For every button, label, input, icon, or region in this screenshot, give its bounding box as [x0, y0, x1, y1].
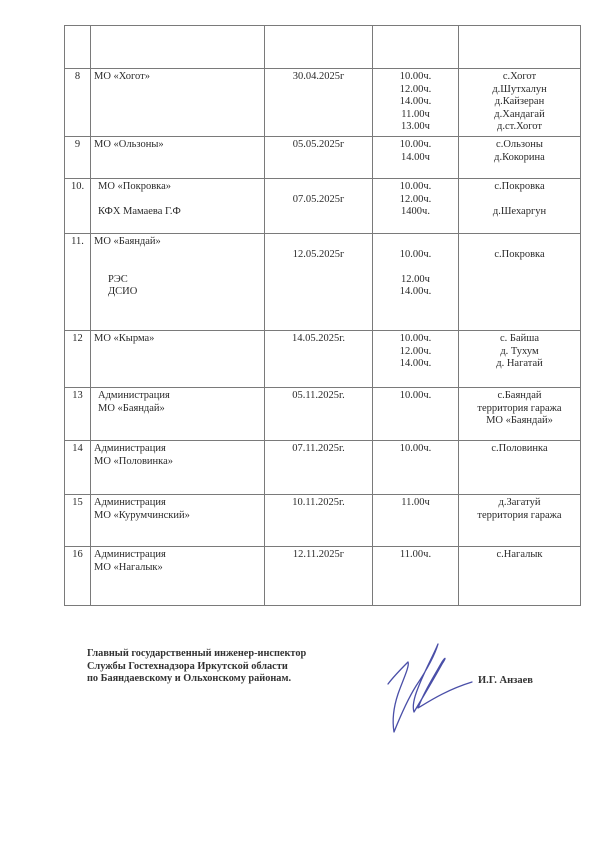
time-value: 10.00ч. — [376, 333, 455, 346]
place-value: д. Тухум — [462, 346, 577, 359]
organization-cell: МО «Баяндай» РЭС ДСИО — [91, 234, 265, 331]
position-line: Службы Гостехнадзора Иркутской области — [87, 661, 306, 674]
time-value: 10.00ч. — [376, 71, 455, 84]
time-value: 11.00ч — [376, 497, 455, 510]
row-number: 9 — [65, 137, 91, 179]
place-cell: д.Загатуй территория гаража — [459, 495, 581, 547]
time-value: 11.00ч. — [376, 549, 455, 562]
time-value: 1400ч. — [376, 206, 455, 219]
time-value: 14.00ч. — [376, 96, 455, 109]
place-value: территория гаража — [462, 403, 577, 416]
schedule-table: 8 МО «Хогот» 30.04.2025г 10.00ч. 12.00ч.… — [64, 25, 581, 606]
place-cell: с. Байша д. Тухум д. Нагатай — [459, 331, 581, 388]
organization-name: МО «Баяндай» — [94, 403, 261, 416]
time-cell: 10.00ч. 12.00ч 14.00ч. — [373, 234, 459, 331]
time-value: 12.00ч. — [376, 84, 455, 97]
place-value: территория гаража — [462, 510, 577, 523]
place-value: с.Баяндай — [462, 390, 577, 403]
row-number: 16 — [65, 547, 91, 606]
place-value: д.Хандагай — [462, 109, 577, 122]
time-value: 12.00ч. — [376, 346, 455, 359]
place-cell: с.Ользоны д.Кокорина — [459, 137, 581, 179]
time-cell: 10.00ч. 12.00ч. 1400ч. — [373, 179, 459, 234]
time-cell: 10.00ч. — [373, 441, 459, 495]
place-value: д.ст.Хогот — [462, 121, 577, 134]
time-value: 10.00ч. — [376, 249, 455, 262]
organization-name: МО «Нагалык» — [94, 562, 261, 575]
organization-name: ДСИО — [94, 286, 261, 299]
time-value: 12.00ч — [376, 274, 455, 287]
time-value: 13.00ч — [376, 121, 455, 134]
table-row: 10. МО «Покровка» КФХ Мамаева Г.Ф 07.05.… — [65, 179, 581, 234]
organization-name: МО «Кырма» — [94, 333, 261, 346]
time-value: 10.00ч. — [376, 390, 455, 403]
date-value: 07.05.2025г — [268, 194, 369, 207]
date-cell: 07.05.2025г — [265, 179, 373, 234]
place-cell: с.Половинка — [459, 441, 581, 495]
place-value: д. Нагатай — [462, 358, 577, 371]
table-row: 8 МО «Хогот» 30.04.2025г 10.00ч. 12.00ч.… — [65, 69, 581, 137]
time-value: 12.00ч. — [376, 194, 455, 207]
position-line: Главный государственный инженер-инспекто… — [87, 648, 306, 661]
date-cell: 05.11.2025г. — [265, 388, 373, 441]
header-cell-time — [373, 26, 459, 69]
table-row: 9 МО «Ользоны» 05.05.2025г 10.00ч. 14.00… — [65, 137, 581, 179]
date-cell: 30.04.2025г — [265, 69, 373, 137]
place-value: д.Шехаргун — [462, 206, 577, 219]
organization-cell: МО «Хогот» — [91, 69, 265, 137]
date-cell: 10.11.2025г. — [265, 495, 373, 547]
organization-name: РЭС — [94, 274, 261, 287]
place-value: с.Хогот — [462, 71, 577, 84]
place-value: с.Ользоны — [462, 139, 577, 152]
header-cell-place — [459, 26, 581, 69]
organization-name: МО «Покровка» — [94, 181, 261, 194]
organization-name: МО «Баяндай» — [94, 236, 261, 249]
date-value: 12.05.2025г — [268, 249, 369, 262]
row-number: 8 — [65, 69, 91, 137]
table-row: 13 Администрация МО «Баяндай» 05.11.2025… — [65, 388, 581, 441]
organization-cell: МО «Покровка» КФХ Мамаева Г.Ф — [91, 179, 265, 234]
signatory-name: И.Г. Анзаев — [478, 675, 533, 686]
place-value: с.Покровка — [462, 249, 577, 262]
date-cell: 12.11.2025г — [265, 547, 373, 606]
time-cell: 10.00ч. 14.00ч — [373, 137, 459, 179]
organization-name: Администрация — [94, 549, 261, 562]
row-number: 10. — [65, 179, 91, 234]
place-value: с.Половинка — [462, 443, 577, 456]
position-line: по Баяндаевскому и Ольхонскому районам. — [87, 673, 306, 686]
date-cell: 07.11.2025г. — [265, 441, 373, 495]
time-value: 11.00ч — [376, 109, 455, 122]
organization-cell: Администрация МО «Половинка» — [91, 441, 265, 495]
organization-cell: Администрация МО «Нагалык» — [91, 547, 265, 606]
organization-name: Администрация — [94, 497, 261, 510]
handwritten-signature-icon — [380, 632, 480, 737]
date-cell: 14.05.2025г. — [265, 331, 373, 388]
table-row: 11. МО «Баяндай» РЭС ДСИО 12.05.2025г 10… — [65, 234, 581, 331]
table-header-continuation-row — [65, 26, 581, 69]
organization-name: МО «Хогот» — [94, 71, 261, 84]
time-value: 10.00ч. — [376, 139, 455, 152]
time-value: 14.00ч. — [376, 286, 455, 299]
row-number: 14 — [65, 441, 91, 495]
place-cell: с.Хогот д.Шутхалун д.Кайзеран д.Хандагай… — [459, 69, 581, 137]
header-cell-date — [265, 26, 373, 69]
organization-cell: Администрация МО «Курумчинский» — [91, 495, 265, 547]
time-cell: 10.00ч. — [373, 388, 459, 441]
date-cell: 12.05.2025г — [265, 234, 373, 331]
place-value: с.Нагалык — [462, 549, 577, 562]
organization-cell: МО «Ользоны» — [91, 137, 265, 179]
row-number: 12 — [65, 331, 91, 388]
organization-cell: Администрация МО «Баяндай» — [91, 388, 265, 441]
organization-name: МО «Курумчинский» — [94, 510, 261, 523]
organization-name: Администрация — [94, 390, 261, 403]
place-cell: с.Покровка д.Шехаргун — [459, 179, 581, 234]
table-row: 16 Администрация МО «Нагалык» 12.11.2025… — [65, 547, 581, 606]
date-cell: 05.05.2025г — [265, 137, 373, 179]
place-value: с.Покровка — [462, 181, 577, 194]
organization-name: КФХ Мамаева Г.Ф — [94, 206, 261, 219]
place-value: д.Загатуй — [462, 497, 577, 510]
time-cell: 10.00ч. 12.00ч. 14.00ч. — [373, 331, 459, 388]
header-cell-num — [65, 26, 91, 69]
time-value: 10.00ч. — [376, 181, 455, 194]
table-row: 15 Администрация МО «Курумчинский» 10.11… — [65, 495, 581, 547]
time-value: 14.00ч. — [376, 358, 455, 371]
row-number: 15 — [65, 495, 91, 547]
place-value: д.Кайзеран — [462, 96, 577, 109]
place-cell: с.Покровка — [459, 234, 581, 331]
time-cell: 10.00ч. 12.00ч. 14.00ч. 11.00ч 13.00ч — [373, 69, 459, 137]
row-number: 13 — [65, 388, 91, 441]
organization-cell: МО «Кырма» — [91, 331, 265, 388]
place-value: д.Кокорина — [462, 152, 577, 165]
organization-name: Администрация — [94, 443, 261, 456]
row-number: 11. — [65, 234, 91, 331]
time-value: 10.00ч. — [376, 443, 455, 456]
signatory-position: Главный государственный инженер-инспекто… — [87, 648, 306, 686]
time-value: 14.00ч — [376, 152, 455, 165]
table-row: 14 Администрация МО «Половинка» 07.11.20… — [65, 441, 581, 495]
document-page: 8 МО «Хогот» 30.04.2025г 10.00ч. 12.00ч.… — [0, 0, 600, 848]
place-cell: с.Баяндай территория гаража МО «Баяндай» — [459, 388, 581, 441]
organization-name: МО «Половинка» — [94, 456, 261, 469]
time-cell: 11.00ч. — [373, 547, 459, 606]
place-value: МО «Баяндай» — [462, 415, 577, 428]
place-value: с. Байша — [462, 333, 577, 346]
place-value: д.Шутхалун — [462, 84, 577, 97]
time-cell: 11.00ч — [373, 495, 459, 547]
organization-name: МО «Ользоны» — [94, 139, 261, 152]
place-cell: с.Нагалык — [459, 547, 581, 606]
header-cell-org — [91, 26, 265, 69]
table-row: 12 МО «Кырма» 14.05.2025г. 10.00ч. 12.00… — [65, 331, 581, 388]
